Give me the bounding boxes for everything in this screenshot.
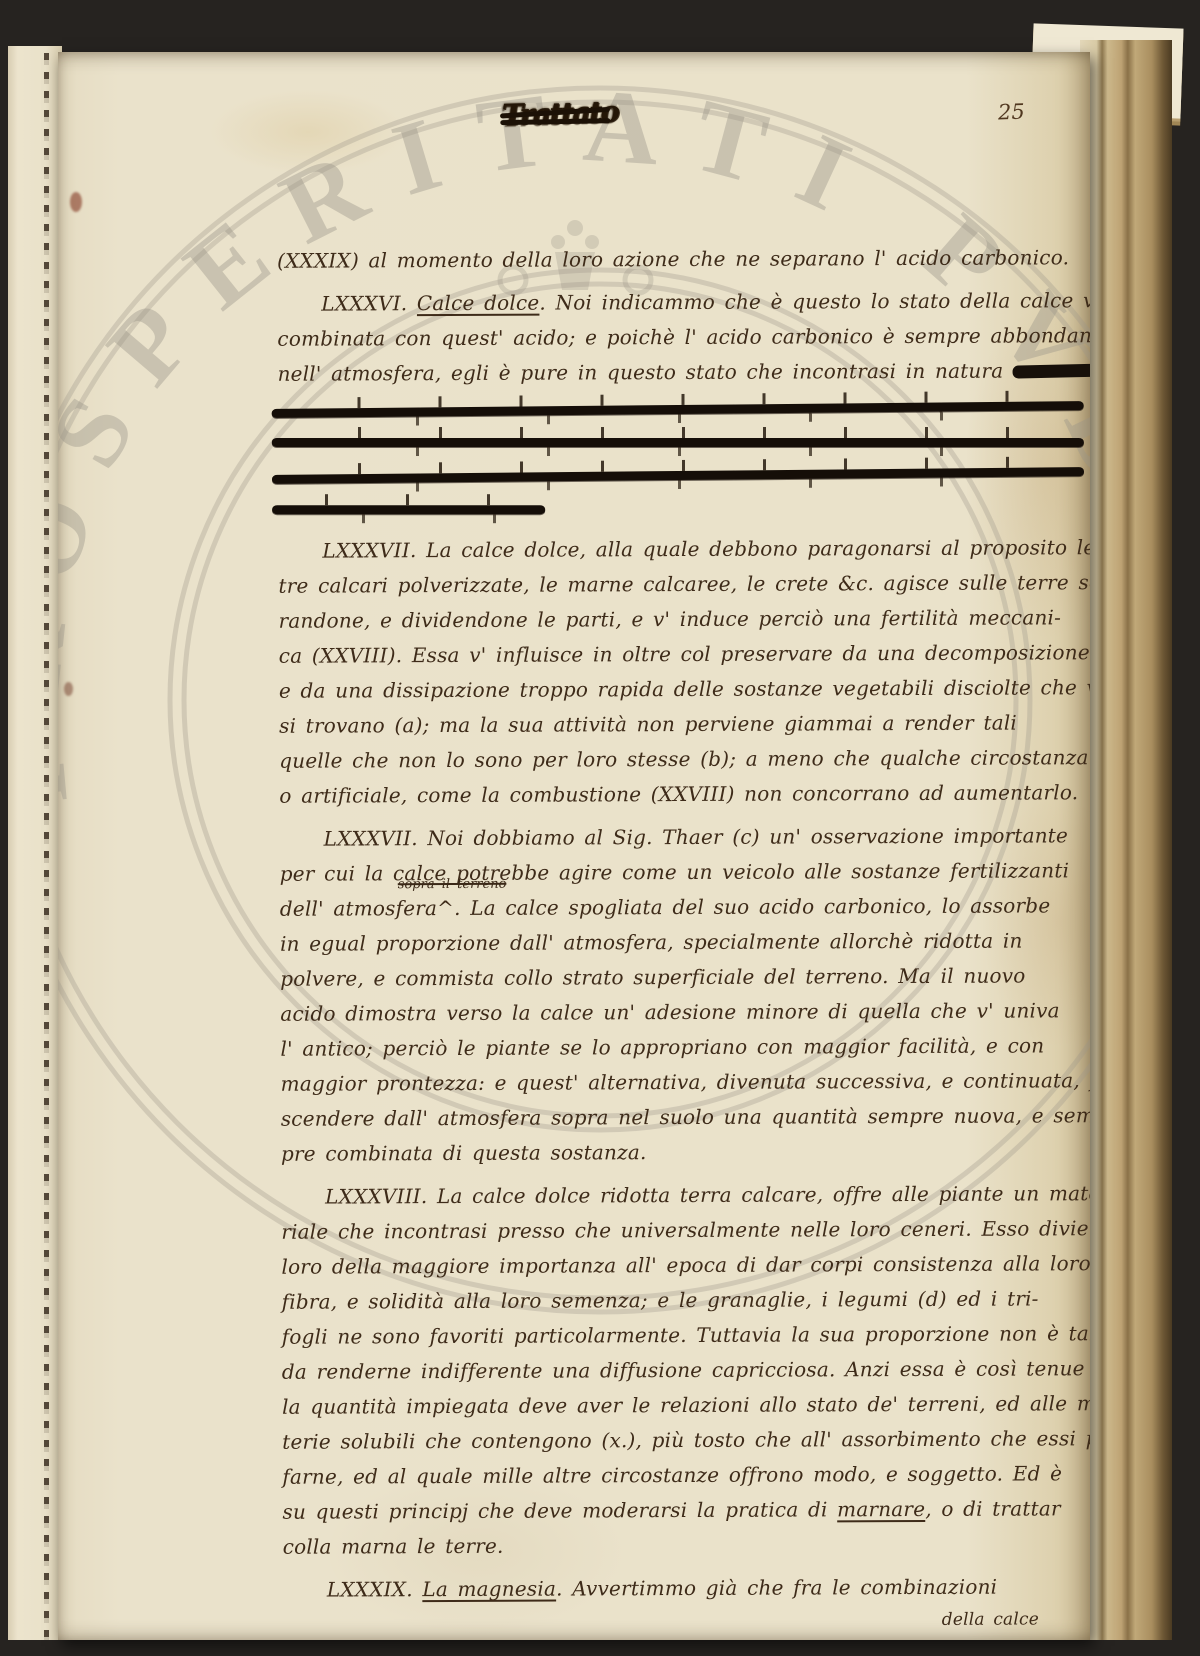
manuscript-line: maggior prontezza: e quest' alternativa,…: [281, 1063, 1085, 1102]
handwritten-text: . Avvertimmo già che fra le combinazioni: [556, 1575, 997, 1601]
scribbled-header-word: Trattato: [501, 94, 618, 132]
handwritten-text: (XXXIX) al momento della loro azione che…: [277, 245, 1069, 272]
manuscript-page: PROSPERITATI PVBLICAE Trattato 25 (XXXIX…: [58, 52, 1090, 1640]
manuscript-line: LXXXVII. Noi dobbiamo al Sig. Thaer (c) …: [280, 818, 1084, 857]
handwritten-text: su questi principj che deve moderarsi la…: [282, 1497, 837, 1523]
underlined-phrase: marnare: [837, 1497, 925, 1521]
manuscript-line: su questi principj che deve moderarsi la…: [282, 1491, 1086, 1530]
handwritten-text: . Noi indicammo che è questo lo stato de…: [539, 288, 1090, 315]
manuscript-line: farne, ed al quale mille altre circostan…: [282, 1456, 1086, 1495]
manuscript-line: o artificiale, come la combustione (XXVI…: [279, 775, 1083, 814]
cancellation-bar: [272, 401, 1084, 418]
handwritten-text: riale che incontrasi presso che universa…: [281, 1216, 1090, 1244]
interlinear-insertion: sopra il terreno: [398, 878, 507, 891]
manuscript-line: quelle che non lo sono per loro stesse (…: [279, 740, 1083, 779]
handwritten-text: LXXXVII. La calce dolce, alla quale debb…: [322, 535, 1090, 563]
handwritten-text: tre calcari polverizzate, le marne calca…: [278, 570, 1090, 598]
handwritten-text: colla marna le terre.: [283, 1534, 504, 1559]
handwritten-text: dell' atmosfera^. La calce spogliata del…: [280, 893, 1051, 920]
handwritten-text: quelle che non lo sono per loro stesse (…: [279, 745, 1090, 773]
page-number: 25: [998, 100, 1026, 125]
manuscript-line: tre calcari polverizzate, le marne calca…: [278, 565, 1082, 604]
manuscript-line: l' antico; perciò le piante se lo approp…: [280, 1028, 1084, 1067]
manuscript-line: riale che incontrasi presso che universa…: [281, 1211, 1085, 1250]
underlined-phrase: Calce dolce: [417, 291, 540, 316]
handwritten-text: LXXXVII. Noi dobbiamo al Sig. Thaer (c) …: [324, 823, 1069, 850]
text-block: (XXXIX) al momento della loro azione che…: [277, 232, 1087, 1637]
paragraph-lxxxviii: LXXXVIII. La calce dolce ridotta terra c…: [281, 1176, 1087, 1565]
handwritten-text: polvere, e commista collo strato superfi…: [280, 964, 1025, 991]
paragraph-lxxxvi: LXXXVI. Calce dolce. Noi indicammo che è…: [277, 283, 1081, 392]
manuscript-line: loro della maggiore importanza all' epoc…: [281, 1246, 1085, 1285]
handwritten-text: , o di trattar: [925, 1496, 1061, 1521]
manuscript-scan: PROSPERITATI PVBLICAE Trattato 25 (XXXIX…: [0, 0, 1200, 1656]
manuscript-line: LXXXIX. La magnesia. Avvertimmo già che …: [283, 1569, 1087, 1608]
paragraph-lxxxvii-b: LXXXVII. Noi dobbiamo al Sig. Thaer (c) …: [280, 818, 1086, 1172]
handwritten-text: in egual proporzione dall' atmosfera, sp…: [280, 929, 1023, 956]
handwritten-text: nell' atmosfera, egli è pure in questo s…: [277, 359, 1012, 386]
manuscript-line: si trovano (a); ma la sua attività non p…: [279, 705, 1083, 744]
manuscript-line: la quantità impiegata deve aver le relaz…: [282, 1386, 1086, 1425]
manuscript-line: colla marna le terre.: [283, 1526, 1087, 1565]
manuscript-line: polvere, e commista collo strato superfi…: [280, 958, 1084, 997]
cancelled-line: [278, 489, 1082, 526]
manuscript-line: nell' atmosfera, egli è pure in questo s…: [277, 353, 1081, 392]
manuscript-line: scendere dall' atmosfera sopra nel suolo…: [281, 1098, 1085, 1137]
handwritten-text: la quantità impiegata deve aver le relaz…: [282, 1391, 1090, 1419]
catchword-text: della calce: [942, 1609, 1039, 1629]
ink-stain: [70, 192, 82, 212]
paragraph-lxxxvii-a: LXXXVII. La calce dolce, alla quale debb…: [278, 530, 1083, 814]
binding-stitches: [44, 46, 49, 1640]
manuscript-line: in egual proporzione dall' atmosfera, sp…: [280, 923, 1084, 962]
manuscript-line: LXXXVI. Calce dolce. Noi indicammo che è…: [277, 283, 1081, 322]
manuscript-line: (XXXIX) al momento della loro azione che…: [277, 240, 1081, 279]
handwritten-text: fogli ne sono favoriti particolarmente. …: [282, 1321, 1090, 1349]
manuscript-line: terie solubili che contengono (x.), più …: [282, 1421, 1086, 1460]
paragraph-lxxxix: LXXXIX. La magnesia. Avvertimmo già che …: [283, 1569, 1087, 1608]
manuscript-line: pre combinata di questa sostanza.: [281, 1133, 1085, 1172]
cancelled-line: [278, 456, 1082, 493]
manuscript-line: fibra, e solidità alla loro semenza; e l…: [282, 1281, 1086, 1320]
handwritten-text: e da una dissipazione troppo rapida dell…: [279, 675, 1090, 703]
handwritten-text: LXXXVIII. La calce dolce ridotta terra c…: [325, 1181, 1090, 1208]
cancelled-line: [278, 423, 1082, 460]
handwritten-text: da renderne indifferente una diffusione …: [282, 1356, 1090, 1384]
manuscript-line: LXXXVII. La calce dolce, alla quale debb…: [278, 530, 1082, 569]
inked-out-word: Combinata: [1013, 363, 1090, 379]
catchword: della calce: [283, 1604, 1087, 1638]
handwritten-text: fibra, e solidità alla loro semenza; e l…: [282, 1286, 1039, 1313]
manuscript-line: e da una dissipazione troppo rapida dell…: [279, 670, 1083, 709]
handwritten-text: si trovano (a); ma la sua attività non p…: [279, 711, 1017, 738]
handwritten-text: terie solubili che contengono (x.), più …: [282, 1426, 1090, 1454]
cancelled-block: [278, 390, 1083, 526]
handwritten-text: farne, ed al quale mille altre circostan…: [282, 1461, 1062, 1488]
handwritten-text: LXXXVI.: [321, 291, 417, 315]
manuscript-line: LXXXVIII. La calce dolce ridotta terra c…: [281, 1176, 1085, 1215]
cancellation-bar: [272, 467, 1084, 484]
cancelled-line: [278, 390, 1082, 427]
handwritten-text: LXXXIX.: [327, 1577, 423, 1601]
handwritten-text: randone, e dividendone le parti, e v' in…: [279, 605, 1062, 632]
manuscript-line: combinata con quest' acido; e poichè l' …: [277, 318, 1081, 357]
underlined-phrase: La magnesia: [422, 1577, 556, 1602]
handwritten-text: maggior prontezza: e quest' alternativa,…: [281, 1068, 1090, 1096]
binding-gutter-page-edge: [8, 46, 62, 1640]
manuscript-line: ca (XXVIII). Essa v' influisce in oltre …: [279, 635, 1083, 674]
manuscript-line: acido dimostra verso la calce un' adesio…: [280, 993, 1084, 1032]
handwritten-text: acido dimostra verso la calce un' adesio…: [280, 998, 1059, 1025]
handwritten-text: ca (XXVIII). Essa v' influisce in oltre …: [279, 640, 1090, 668]
manuscript-line: fogli ne sono favoriti particolarmente. …: [282, 1316, 1086, 1355]
handwritten-text: o artificiale, come la combustione (XXVI…: [279, 780, 1078, 807]
cancellation-bar: [272, 438, 1084, 447]
manuscript-line: da renderne indifferente una diffusione …: [282, 1351, 1086, 1390]
cancellation-bar: [272, 505, 545, 514]
handwritten-text: combinata con quest' acido; e poichè l' …: [277, 323, 1090, 351]
ink-stain: [64, 682, 73, 696]
handwritten-text: pre combinata di questa sostanza.: [281, 1140, 647, 1166]
manuscript-line: sopra il terrenodell' atmosfera^. La cal…: [280, 888, 1084, 927]
paragraph-continuation: (XXXIX) al momento della loro azione che…: [277, 240, 1081, 279]
page-stack-right-edges: [1080, 40, 1172, 1640]
handwritten-text: l' antico; perciò le piante se lo approp…: [280, 1033, 1044, 1060]
handwritten-text: loro della maggiore importanza all' epoc…: [281, 1251, 1090, 1279]
manuscript-line: randone, e dividendone le parti, e v' in…: [279, 600, 1083, 639]
handwritten-text: scendere dall' atmosfera sopra nel suolo…: [281, 1103, 1090, 1131]
